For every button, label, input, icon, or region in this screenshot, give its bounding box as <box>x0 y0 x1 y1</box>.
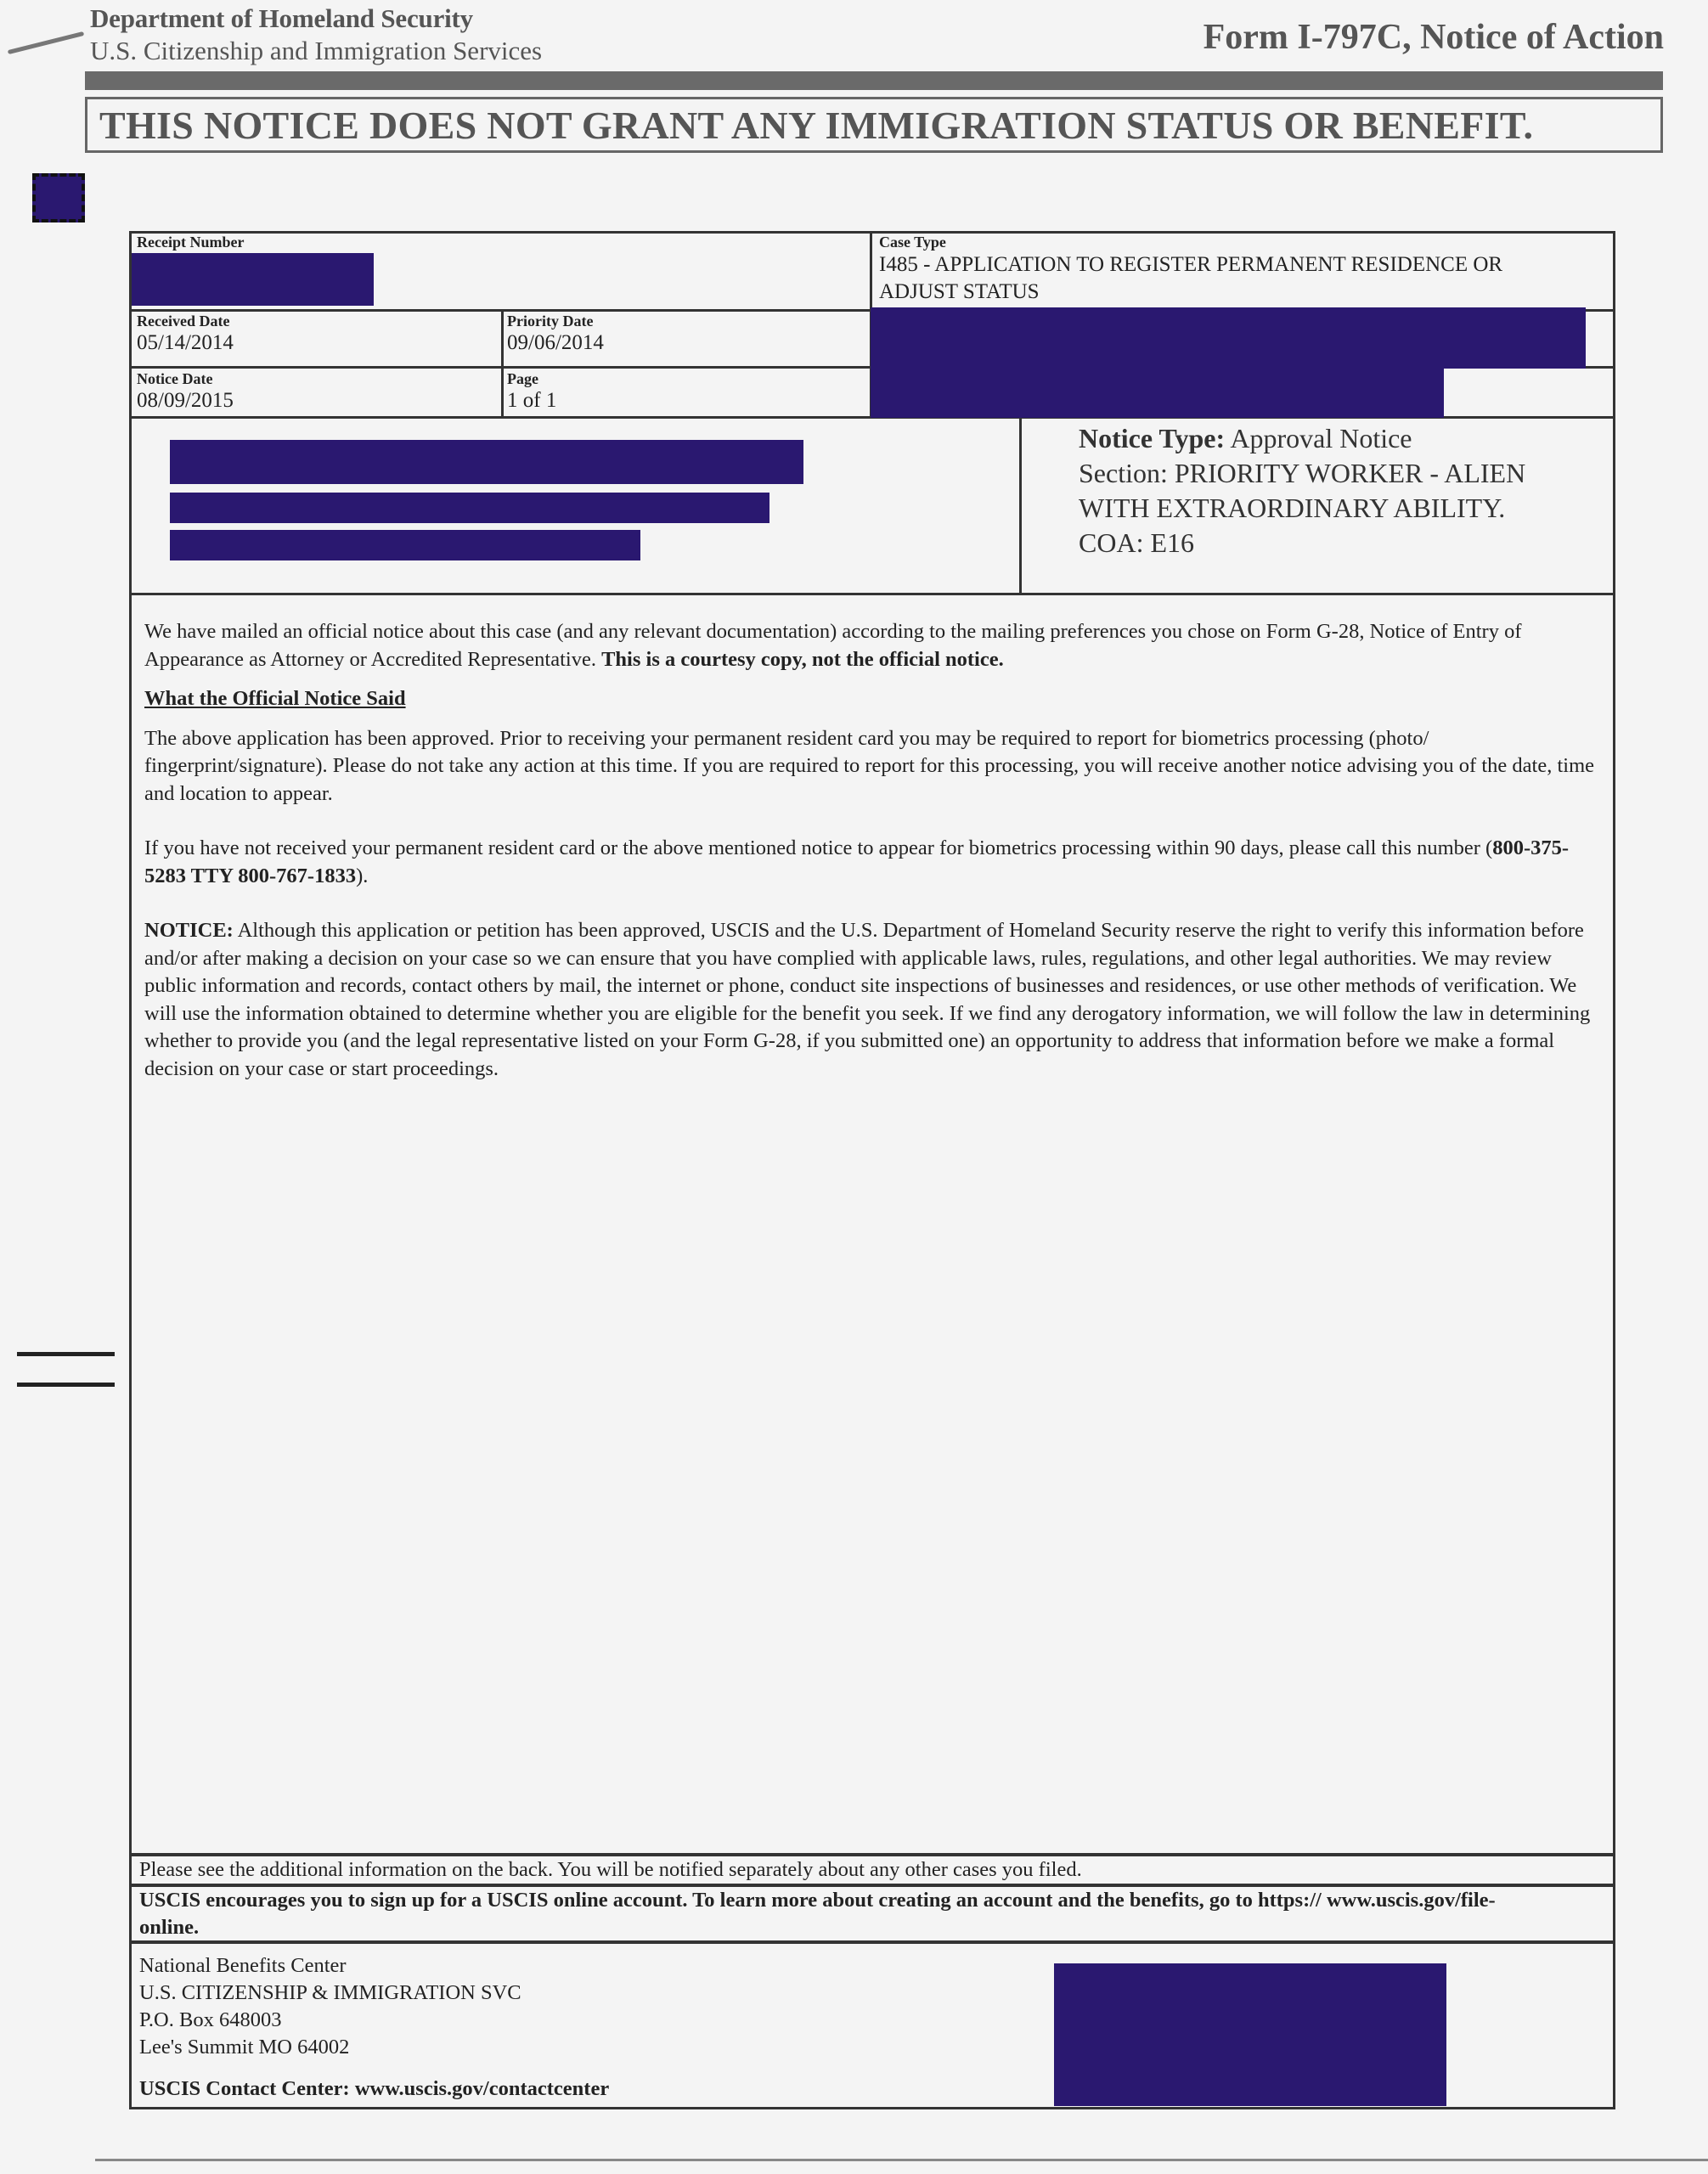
notice-label: NOTICE: <box>144 919 234 942</box>
notice-type-value: Approval Notice <box>1230 423 1412 453</box>
grid-line <box>129 593 1615 595</box>
subagency-name: U.S. Citizenship and Immigration Service… <box>90 36 542 66</box>
barcode-redacted <box>32 173 85 222</box>
address-line-3: P.O. Box 648003 <box>139 2007 281 2034</box>
barcode-stamp-redacted <box>1054 1963 1446 2106</box>
intro-paragraph: We have mailed an official notice about … <box>144 618 1605 673</box>
margin-mark <box>17 1352 115 1356</box>
address-redacted <box>170 440 803 484</box>
case-type-value-line1: I485 - APPLICATION TO REGISTER PERMANENT… <box>879 253 1502 277</box>
priority-date-label: Priority Date <box>507 313 593 330</box>
received-date-label: Received Date <box>137 313 229 330</box>
biometrics-text: If you have not received your permanent … <box>144 836 1492 859</box>
pen-mark <box>8 31 84 54</box>
page-bottom-rule <box>95 2159 1708 2161</box>
notice-body: We have mailed an official notice about … <box>144 618 1605 1110</box>
notice-info: Notice Type: Approval Notice Section: PR… <box>1079 421 1525 560</box>
notice-coa: COA: E16 <box>1079 526 1525 560</box>
grid-line <box>1019 416 1022 594</box>
address-line-4: Lee's Summit MO 64002 <box>139 2034 349 2061</box>
page-value: 1 of 1 <box>507 389 556 413</box>
header-divider-bar <box>85 71 1663 90</box>
priority-date-value: 09/06/2014 <box>507 331 604 355</box>
received-date-value: 05/14/2014 <box>137 331 234 355</box>
back-info-text: Please see the additional information on… <box>139 1856 1082 1884</box>
contact-center-link[interactable]: USCIS Contact Center: www.uscis.gov/cont… <box>139 2075 609 2103</box>
agency-name: Department of Homeland Security <box>90 3 473 34</box>
address-redacted <box>170 493 769 523</box>
online-account-text: USCIS encourages you to sign up for a US… <box>139 1887 1498 1941</box>
biometrics-text-end: ). <box>356 865 368 887</box>
receipt-number-label: Receipt Number <box>137 234 244 251</box>
grid-line <box>501 309 504 418</box>
address-line-1: National Benefits Center <box>139 1952 347 1980</box>
approval-paragraph: The above application has been approved.… <box>144 725 1605 808</box>
notice-section-cont: WITH EXTRAORDINARY ABILITY. <box>1079 491 1525 526</box>
page-label: Page <box>507 370 538 388</box>
verification-notice-paragraph: NOTICE: Although this application or pet… <box>144 917 1605 1083</box>
margin-mark <box>17 1383 115 1387</box>
case-type-label: Case Type <box>879 234 946 251</box>
official-notice-heading: What the Official Notice Said <box>144 685 1605 713</box>
notice-text: Although this application or petition ha… <box>144 919 1590 1080</box>
notice-date-value: 08/09/2015 <box>137 389 234 413</box>
form-title: Form I-797C, Notice of Action <box>1203 17 1664 58</box>
disclaimer-text: THIS NOTICE DOES NOT GRANT ANY IMMIGRATI… <box>99 103 1533 148</box>
address-redacted <box>170 530 640 560</box>
notice-section: Section: PRIORITY WORKER - ALIEN <box>1079 456 1525 491</box>
disclaimer-box: THIS NOTICE DOES NOT GRANT ANY IMMIGRATI… <box>85 97 1663 153</box>
receipt-number-redacted <box>132 253 374 306</box>
biometrics-paragraph: If you have not received your permanent … <box>144 835 1605 890</box>
courtesy-copy-note: This is a courtesy copy, not the officia… <box>601 648 1004 671</box>
notice-type-label: Notice Type: <box>1079 423 1225 453</box>
applicant-info-redacted <box>871 365 1444 418</box>
case-type-value-line2: ADJUST STATUS <box>879 280 1040 304</box>
address-line-2: U.S. CITIZENSHIP & IMMIGRATION SVC <box>139 1980 521 2007</box>
notice-date-label: Notice Date <box>137 370 212 388</box>
applicant-info-redacted <box>871 307 1586 369</box>
